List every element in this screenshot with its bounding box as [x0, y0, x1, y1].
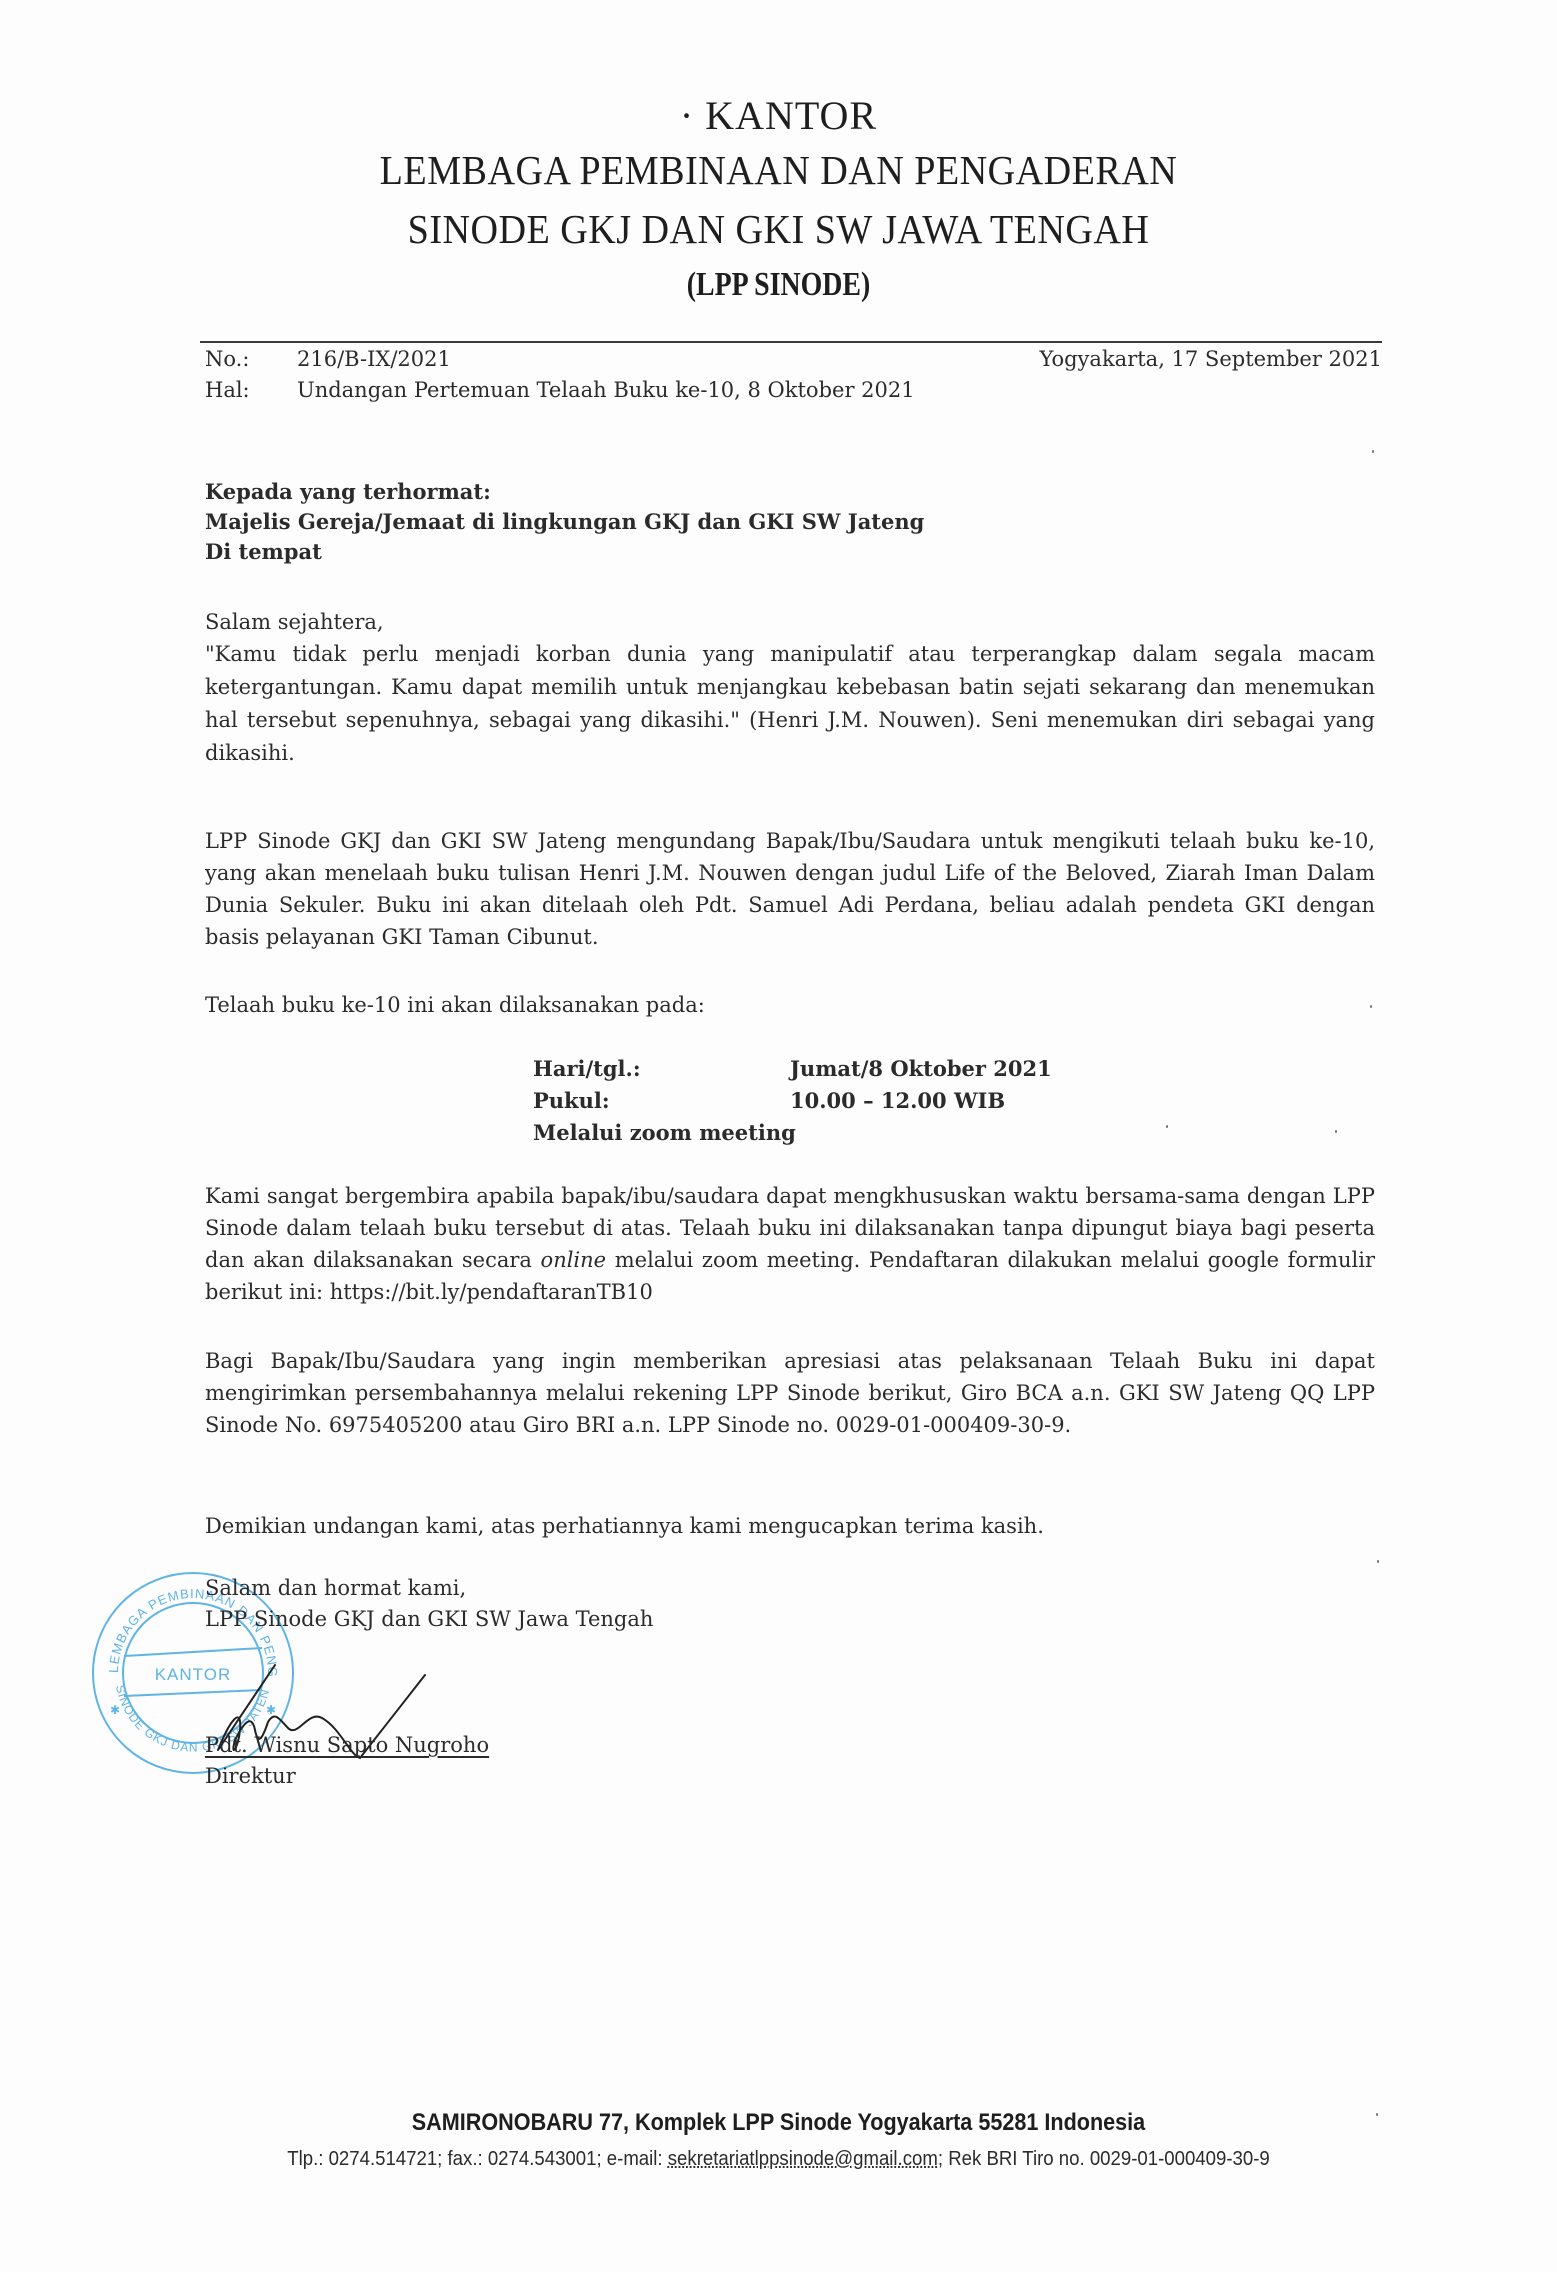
- signer-title: Direktur: [205, 1761, 489, 1792]
- scan-speck: [1370, 1005, 1372, 1008]
- opening-quote: "Kamu tidak perlu menjadi korban dunia y…: [205, 638, 1375, 770]
- scan-speck: [1335, 1130, 1337, 1133]
- closing-line: Demikian undangan kami, atas perhatianny…: [205, 1511, 1375, 1542]
- schedule-intro: Telaah buku ke-10 ini akan dilaksanakan …: [205, 990, 1375, 1021]
- header-divider: [200, 341, 1382, 343]
- footer-email-link[interactable]: sekretariatlppsinode@gmail.com: [668, 2148, 938, 2170]
- letterhead-office: · KANTOR: [0, 92, 1557, 139]
- signature-block: Salam dan hormat kami, LPP Sinode GKJ da…: [205, 1573, 653, 1635]
- registration-link[interactable]: https://bit.ly/pendaftaranTB10: [330, 1280, 653, 1304]
- signature-organization: LPP Sinode GKJ dan GKI SW Jawa Tengah: [205, 1604, 653, 1635]
- letter-subject-label: Hal:: [205, 378, 297, 402]
- addressee-block: Kepada yang terhormat: Majelis Gereja/Je…: [205, 477, 924, 567]
- signer-name: Pdt. Wisnu Sapto Nugroho: [205, 1730, 489, 1761]
- scan-speck: [1166, 1125, 1168, 1128]
- schedule-time-value: 10.00 – 12.00 WIB: [790, 1088, 1005, 1113]
- details-paragraph: Kami sangat bergembira apabila bapak/ibu…: [205, 1180, 1375, 1308]
- greeting: Salam sejahtera,: [205, 607, 1375, 638]
- footer-contact-suffix: ; Rek BRI Tiro no. 0029-01-000409-30-9: [938, 2148, 1270, 2170]
- scan-speck: [1376, 2113, 1378, 2116]
- schedule-day: Hari/tgl.:Jumat/8 Oktober 2021: [533, 1053, 1052, 1085]
- letter-subject: Hal:Undangan Pertemuan Telaah Buku ke-10…: [205, 378, 915, 402]
- letter-page: · KANTOR LEMBAGA PEMBINAAN DAN PENGADERA…: [0, 0, 1557, 2272]
- addressee-recipient: Majelis Gereja/Jemaat di lingkungan GKJ …: [205, 507, 924, 537]
- schedule-time-label: Pukul:: [533, 1085, 790, 1117]
- addressee-location: Di tempat: [205, 537, 924, 567]
- schedule-time: Pukul:10.00 – 12.00 WIB: [533, 1085, 1052, 1117]
- signer-block: Pdt. Wisnu Sapto Nugroho Direktur: [205, 1730, 489, 1792]
- invitation-paragraph: LPP Sinode GKJ dan GKI SW Jateng mengund…: [205, 825, 1375, 953]
- details-online: online: [541, 1248, 607, 1272]
- footer-address: SAMIRONOBARU 77, Komplek LPP Sinode Yogy…: [78, 2109, 1479, 2137]
- schedule-block: Hari/tgl.:Jumat/8 Oktober 2021 Pukul:10.…: [533, 1053, 1052, 1149]
- signature-regards: Salam dan hormat kami,: [205, 1573, 653, 1604]
- schedule-venue: Melalui zoom meeting: [533, 1117, 1052, 1149]
- scan-speck: [1377, 1560, 1379, 1563]
- svg-text:✱: ✱: [110, 1703, 120, 1717]
- letter-subject-value: Undangan Pertemuan Telaah Buku ke-10, 8 …: [297, 378, 915, 402]
- donation-paragraph: Bagi Bapak/Ibu/Saudara yang ingin member…: [205, 1345, 1375, 1441]
- footer-contact: Tlp.: 0274.514721; fax.: 0274.543001; e-…: [54, 2148, 1502, 2171]
- scan-speck: [1372, 450, 1374, 453]
- letter-number-label: No.:: [205, 347, 297, 371]
- footer-contact-prefix: Tlp.: 0274.514721; fax.: 0274.543001; e-…: [287, 2148, 668, 2170]
- letter-number: No.:216/B-IX/2021: [205, 347, 451, 371]
- place-date: Yogyakarta, 17 September 2021: [1039, 347, 1382, 371]
- schedule-day-label: Hari/tgl.:: [533, 1053, 790, 1085]
- addressee-salutation: Kepada yang terhormat:: [205, 477, 924, 507]
- letterhead-synod: SINODE GKJ DAN GKI SW JAWA TENGAH: [54, 205, 1502, 253]
- letter-number-value: 216/B-IX/2021: [297, 347, 451, 371]
- schedule-day-value: Jumat/8 Oktober 2021: [790, 1056, 1052, 1081]
- letterhead-abbreviation: (LPP SINODE): [140, 266, 1417, 304]
- letterhead-institution: LEMBAGA PEMBINAAN DAN PENGADERAN: [54, 146, 1502, 194]
